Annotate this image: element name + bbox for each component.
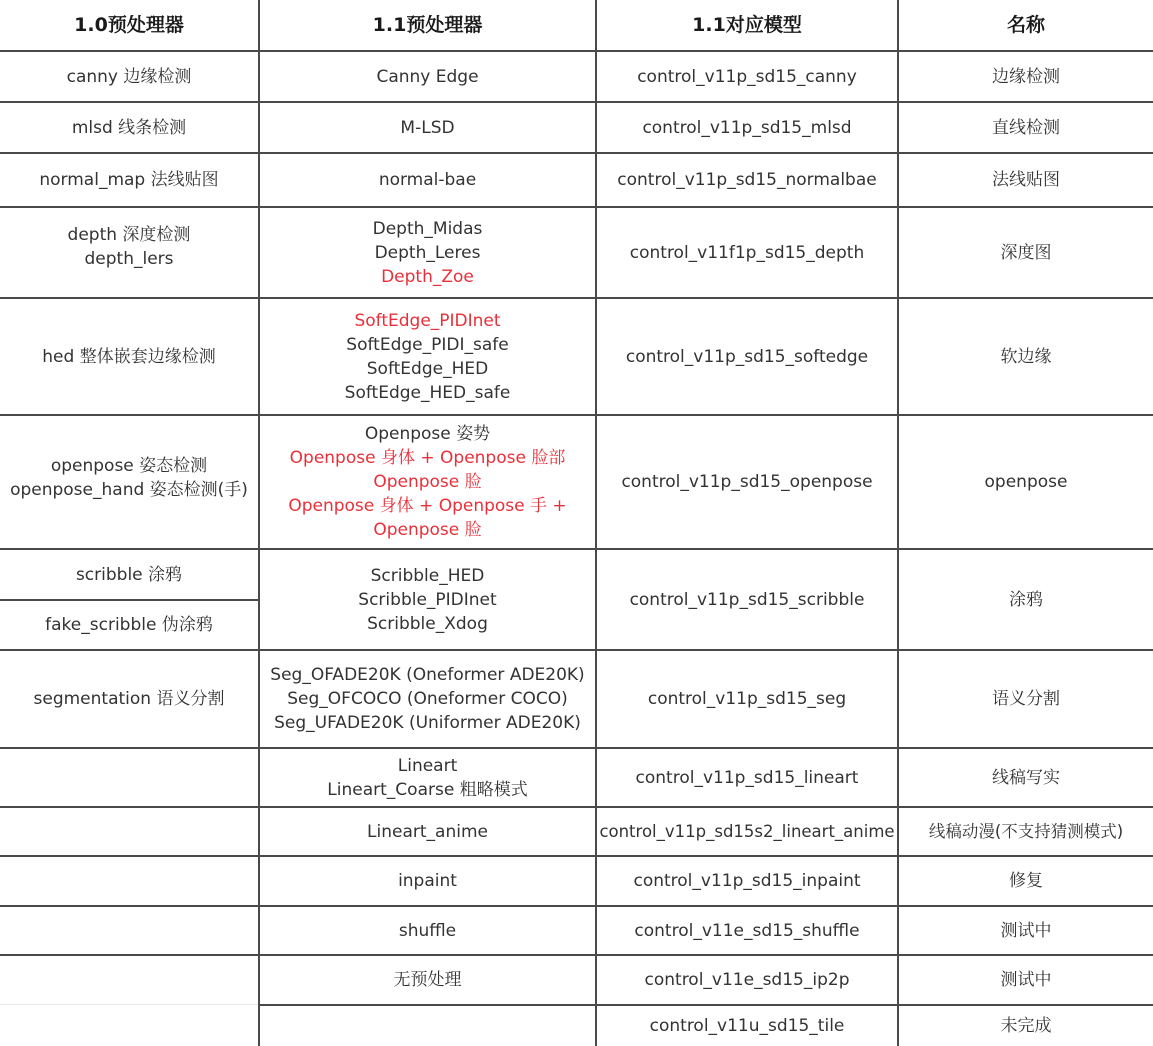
name-text: 边缘检测 (992, 65, 1060, 89)
v10-text: segmentation 语义分割 (34, 687, 225, 711)
v11-text-new: Openpose 脸 (373, 470, 481, 494)
v10-text: canny 边缘检测 (67, 65, 192, 89)
v11-text-new: Openpose 身体 + Openpose 脸部 (290, 446, 566, 470)
row-scribble-v10: scribble 涂鸦 (0, 550, 258, 599)
v10-text: mlsd 线条检测 (72, 116, 186, 140)
row-canny-name: 边缘检测 (899, 52, 1153, 101)
v11-text: Lineart_Coarse 粗略模式 (327, 778, 527, 802)
row-depth-model: control_v11f1p_sd15_depth (597, 208, 897, 297)
row-divider (0, 905, 1153, 907)
v11-text: 无预处理 (394, 968, 462, 992)
row-lineart-anime-model: control_v11p_sd15s2_lineart_anime (597, 808, 897, 855)
row-normal-v10: normal_map 法线贴图 (0, 154, 258, 206)
row-mlsd-v11: M-LSD (260, 103, 595, 152)
row-scribble-v11: Scribble_HED Scribble_PIDInet Scribble_X… (260, 550, 595, 649)
v11-text: Scribble_HED (371, 564, 485, 588)
row-canny-model: control_v11p_sd15_canny (597, 52, 897, 101)
row-divider (258, 1004, 1153, 1006)
name-text: 未完成 (1001, 1014, 1052, 1038)
row-divider (0, 152, 1153, 154)
row-tile-v11 (260, 1006, 595, 1046)
row-seg-v10: segmentation 语义分割 (0, 651, 258, 747)
model-text: control_v11p_sd15_normalbae (617, 168, 876, 192)
row-inpaint-name: 修复 (899, 857, 1153, 905)
row-divider (0, 548, 1153, 550)
v11-text: SoftEdge_HED_safe (345, 381, 511, 405)
name-text: 语义分割 (992, 687, 1060, 711)
model-text: control_v11p_sd15_openpose (621, 470, 872, 494)
row-depth-v11: Depth_Midas Depth_Leres Depth_Zoe (260, 208, 595, 297)
v11-text-new: Openpose 身体 + Openpose 手 + (288, 494, 566, 518)
model-text: control_v11p_sd15_lineart (636, 766, 859, 790)
row-tile-model: control_v11u_sd15_tile (597, 1006, 897, 1046)
column-divider (897, 0, 899, 1046)
v10-text: fake_scribble 伪涂鸦 (45, 613, 213, 637)
v11-text: Depth_Midas (373, 217, 483, 241)
row-divider (0, 101, 1153, 103)
row-seg-name: 语义分割 (899, 651, 1153, 747)
model-text: control_v11p_sd15_scribble (630, 588, 865, 612)
row-shuffle-model: control_v11e_sd15_shuffle (597, 907, 897, 954)
row-shuffle-v11: shuffle (260, 907, 595, 954)
row-divider (0, 855, 1153, 857)
model-text: control_v11u_sd15_tile (650, 1014, 845, 1038)
v11-text: Seg_UFADE20K (Uniformer ADE20K) (274, 711, 581, 735)
v11-text: Openpose 姿势 (365, 422, 490, 446)
v10-text: scribble 涂鸦 (76, 563, 182, 587)
row-depth-v10: depth 深度检测 depth_lers (0, 208, 258, 297)
name-text: 软边缘 (1001, 345, 1052, 369)
v11-text: Depth_Leres (375, 241, 481, 265)
model-text: control_v11p_sd15_inpaint (633, 869, 860, 893)
row-divider (0, 747, 1153, 749)
row-seg-v11: Seg_OFADE20K (Oneformer ADE20K) Seg_OFCO… (260, 651, 595, 747)
v10-text: depth 深度检测 (68, 223, 191, 247)
model-text: control_v11p_sd15_seg (648, 687, 846, 711)
row-openpose-v11: Openpose 姿势 Openpose 身体 + Openpose 脸部 Op… (260, 416, 595, 548)
v11-text: Lineart (398, 754, 458, 778)
v11-text-new: Openpose 脸 (373, 518, 481, 542)
v11-text: shuffle (399, 919, 456, 943)
row-divider (0, 50, 1153, 52)
header-name: 名称 (899, 0, 1153, 50)
v11-text: Seg_OFCOCO (Oneformer COCO) (287, 687, 567, 711)
row-softedge-v11: SoftEdge_PIDInet SoftEdge_PIDI_safe Soft… (260, 299, 595, 414)
row-depth-name: 深度图 (899, 208, 1153, 297)
name-text: 修复 (1009, 869, 1043, 893)
v11-text: Scribble_PIDInet (358, 588, 496, 612)
model-text: control_v11p_sd15_canny (637, 65, 857, 89)
row-divider (0, 414, 1153, 416)
name-text: openpose (985, 470, 1068, 494)
name-text: 线稿写实 (992, 766, 1060, 790)
row-divider (0, 297, 1153, 299)
header-v10-preprocessor: 1.0预处理器 (0, 0, 258, 50)
name-text: 线稿动漫(不支持猜测模式) (929, 820, 1123, 844)
v10-text: openpose 姿态检测 (51, 454, 207, 478)
row-inpaint-v11: inpaint (260, 857, 595, 905)
row-tile-v10 (0, 1006, 258, 1046)
row-openpose-name: openpose (899, 416, 1153, 548)
row-normal-name: 法线贴图 (899, 154, 1153, 206)
row-canny-v10: canny 边缘检测 (0, 52, 258, 101)
v11-text-new: SoftEdge_PIDInet (354, 309, 500, 333)
row-lineart-name: 线稿写实 (899, 749, 1153, 806)
row-openpose-v10: openpose 姿态检测 openpose_hand 姿态检测(手) (0, 416, 258, 548)
row-softedge-v10: hed 整体嵌套边缘检测 (0, 299, 258, 414)
v11-text: SoftEdge_PIDI_safe (346, 333, 508, 357)
row-tile-name: 未完成 (899, 1006, 1153, 1046)
row-lineart-model: control_v11p_sd15_lineart (597, 749, 897, 806)
row-fake-scribble-v10: fake_scribble 伪涂鸦 (0, 601, 258, 649)
v11-text: Scribble_Xdog (367, 612, 488, 636)
v11-text: normal-bae (379, 168, 476, 192)
row-shuffle-v10 (0, 907, 258, 954)
row-lineart-anime-v10 (0, 808, 258, 855)
row-divider (0, 649, 1153, 651)
row-divider (0, 954, 1153, 956)
row-divider (0, 806, 1153, 808)
row-ip2p-v11: 无预处理 (260, 956, 595, 1004)
row-ip2p-v10 (0, 956, 258, 1004)
name-text: 测试中 (1001, 919, 1052, 943)
row-openpose-model: control_v11p_sd15_openpose (597, 416, 897, 548)
name-text: 深度图 (1001, 241, 1052, 265)
name-text: 测试中 (1001, 968, 1052, 992)
v10-text: hed 整体嵌套边缘检测 (42, 345, 215, 369)
v11-text: Lineart_anime (367, 820, 488, 844)
row-inpaint-model: control_v11p_sd15_inpaint (597, 857, 897, 905)
model-text: control_v11p_sd15s2_lineart_anime (599, 820, 894, 844)
model-text: control_v11e_sd15_ip2p (645, 968, 850, 992)
name-text: 直线检测 (992, 116, 1060, 140)
row-ip2p-name: 测试中 (899, 956, 1153, 1004)
model-text: control_v11e_sd15_shuffle (634, 919, 859, 943)
row-scribble-model: control_v11p_sd15_scribble (597, 550, 897, 649)
row-lineart-anime-v11: Lineart_anime (260, 808, 595, 855)
row-shuffle-name: 测试中 (899, 907, 1153, 954)
v11-text: inpaint (398, 869, 457, 893)
v11-text-new: Depth_Zoe (381, 265, 474, 289)
v11-text: Seg_OFADE20K (Oneformer ADE20K) (270, 663, 584, 687)
name-text: 涂鸦 (1009, 588, 1043, 612)
v10-text: depth_lers (84, 247, 173, 271)
row-normal-model: control_v11p_sd15_normalbae (597, 154, 897, 206)
row-softedge-name: 软边缘 (899, 299, 1153, 414)
header-v11-model: 1.1对应模型 (597, 0, 897, 50)
row-divider (0, 599, 258, 601)
row-lineart-v10 (0, 749, 258, 806)
v10-text: normal_map 法线贴图 (39, 168, 218, 192)
row-mlsd-v10: mlsd 线条检测 (0, 103, 258, 152)
row-seg-model: control_v11p_sd15_seg (597, 651, 897, 747)
row-lineart-v11: Lineart Lineart_Coarse 粗略模式 (260, 749, 595, 806)
row-mlsd-model: control_v11p_sd15_mlsd (597, 103, 897, 152)
row-normal-v11: normal-bae (260, 154, 595, 206)
row-inpaint-v10 (0, 857, 258, 905)
v11-text: SoftEdge_HED (367, 357, 488, 381)
row-softedge-model: control_v11p_sd15_softedge (597, 299, 897, 414)
model-text: control_v11f1p_sd15_depth (630, 241, 864, 265)
row-divider-faint (0, 1004, 258, 1005)
v10-text: openpose_hand 姿态检测(手) (10, 478, 248, 502)
row-divider (0, 206, 1153, 208)
row-canny-v11: Canny Edge (260, 52, 595, 101)
column-divider (258, 0, 260, 1046)
row-ip2p-model: control_v11e_sd15_ip2p (597, 956, 897, 1004)
row-lineart-anime-name: 线稿动漫(不支持猜测模式) (899, 808, 1153, 855)
column-divider (595, 0, 597, 1046)
row-scribble-name: 涂鸦 (899, 550, 1153, 649)
v11-text: Canny Edge (376, 65, 478, 89)
controlnet-comparison-table: 1.0预处理器 1.1预处理器 1.1对应模型 名称 canny 边缘检测 Ca… (0, 0, 1153, 1046)
header-v11-preprocessor: 1.1预处理器 (260, 0, 595, 50)
model-text: control_v11p_sd15_mlsd (642, 116, 851, 140)
name-text: 法线贴图 (992, 168, 1060, 192)
row-mlsd-name: 直线检测 (899, 103, 1153, 152)
model-text: control_v11p_sd15_softedge (626, 345, 868, 369)
v11-text: M-LSD (400, 116, 454, 140)
